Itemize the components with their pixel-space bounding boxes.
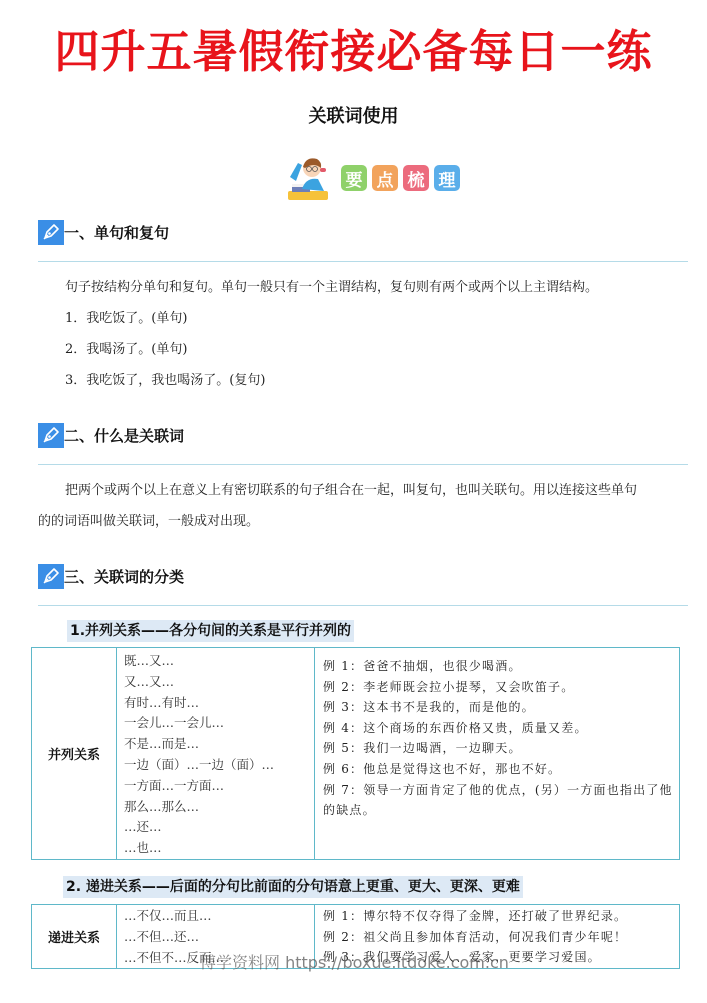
example: 例 4：这个商场的东西价格又贵，质量又差。	[323, 718, 679, 739]
example: 例 2：李老师既会拉小提琴，又会吹笛子。	[323, 677, 679, 698]
example: 例 1：爸爸不抽烟，也很少喝酒。	[323, 656, 679, 677]
example: 的缺点。	[323, 800, 679, 821]
watermark: 博学资料网 https://boxue.ltdoke.com.cn	[200, 950, 509, 973]
word-pair: 不是…而是…	[124, 734, 314, 755]
divider	[38, 464, 688, 465]
student-reading-icon	[284, 153, 336, 203]
category-cell: 并列关系	[32, 648, 117, 860]
example: 例 3：这本书不是我的，而是他的。	[323, 697, 679, 718]
word-pair: …还…	[124, 817, 314, 838]
section-heading-3: 三、关联词的分类	[38, 563, 184, 589]
divider	[38, 605, 688, 606]
word-pair: …不但…还…	[124, 927, 314, 948]
tag-dian: 点	[372, 165, 398, 191]
tag-yao: 要	[341, 165, 367, 191]
word-pair: 有时…有时…	[124, 693, 314, 714]
list-item: 1．我吃饭了。(单句)	[65, 309, 187, 329]
key-points-banner: 要 点 梳 理	[284, 152, 460, 204]
paragraph: 的的词语叫做关联词，一般成对出现。	[38, 512, 688, 532]
subsection-heading-parallel: 1.并列关系——各分句间的关系是平行并列的	[67, 620, 354, 642]
words-cell: 既…又… 又…又… 有时…有时… 一会儿…一会儿… 不是…而是… 一边（面）…一…	[117, 648, 315, 860]
tag-li: 理	[434, 165, 460, 191]
word-pair: 那么…那么…	[124, 797, 314, 818]
document-title: 四升五暑假衔接必备每日一练	[0, 22, 707, 82]
divider	[38, 261, 688, 262]
example: 例 2：祖父尚且参加体育活动，何况我们青少年呢！	[323, 927, 679, 948]
paragraph: 把两个或两个以上在意义上有密切联系的句子组合在一起，叫复句，也叫关联句。用以连接…	[65, 481, 695, 501]
word-pair: 一边（面）…一边（面）…	[124, 755, 314, 776]
section-heading-text: 一、单句和复句	[64, 222, 169, 243]
example: 例 6：他总是觉得这也不好，那也不好。	[323, 759, 679, 780]
list-item: 3．我吃饭了，我也喝汤了。(复句)	[65, 371, 265, 391]
section-heading-text: 三、关联词的分类	[64, 566, 184, 587]
section-heading-1: 一、单句和复句	[38, 219, 169, 245]
tag-shu: 梳	[403, 165, 429, 191]
pen-icon	[38, 423, 64, 448]
word-pair: …也…	[124, 838, 314, 859]
section-heading-2: 二、什么是关联词	[38, 422, 184, 448]
pen-icon	[38, 220, 64, 245]
word-pair: 既…又…	[124, 651, 314, 672]
list-item: 2．我喝汤了。(单句)	[65, 340, 187, 360]
word-pair: 一会儿…一会儿…	[124, 713, 314, 734]
parallel-relation-table: 并列关系 既…又… 又…又… 有时…有时… 一会儿…一会儿… 不是…而是… 一边…	[31, 647, 680, 860]
example: 例 1：博尔特不仅夺得了金牌，还打破了世界纪录。	[323, 906, 679, 927]
category-cell: 递进关系	[32, 905, 117, 969]
word-pair: 又…又…	[124, 672, 314, 693]
pen-icon	[38, 564, 64, 589]
subsection-heading-progressive: 2. 递进关系——后面的分句比前面的分句语意上更重、更大、更深、更难	[63, 876, 523, 898]
example: 例 7：领导一方面肯定了他的优点，(另）一方面也指出了他	[323, 780, 679, 801]
document-subtitle: 关联词使用	[0, 104, 707, 130]
examples-cell: 例 1：爸爸不抽烟，也很少喝酒。 例 2：李老师既会拉小提琴，又会吹笛子。 例 …	[315, 648, 680, 860]
section-heading-text: 二、什么是关联词	[64, 425, 184, 446]
example: 例 5：我们一边喝酒，一边聊天。	[323, 738, 679, 759]
word-pair: …不仅…而且…	[124, 906, 314, 927]
paragraph: 句子按结构分单句和复句。单句一般只有一个主谓结构，复句则有两个或两个以上主谓结构…	[65, 278, 695, 298]
word-pair: 一方面…一方面…	[124, 776, 314, 797]
